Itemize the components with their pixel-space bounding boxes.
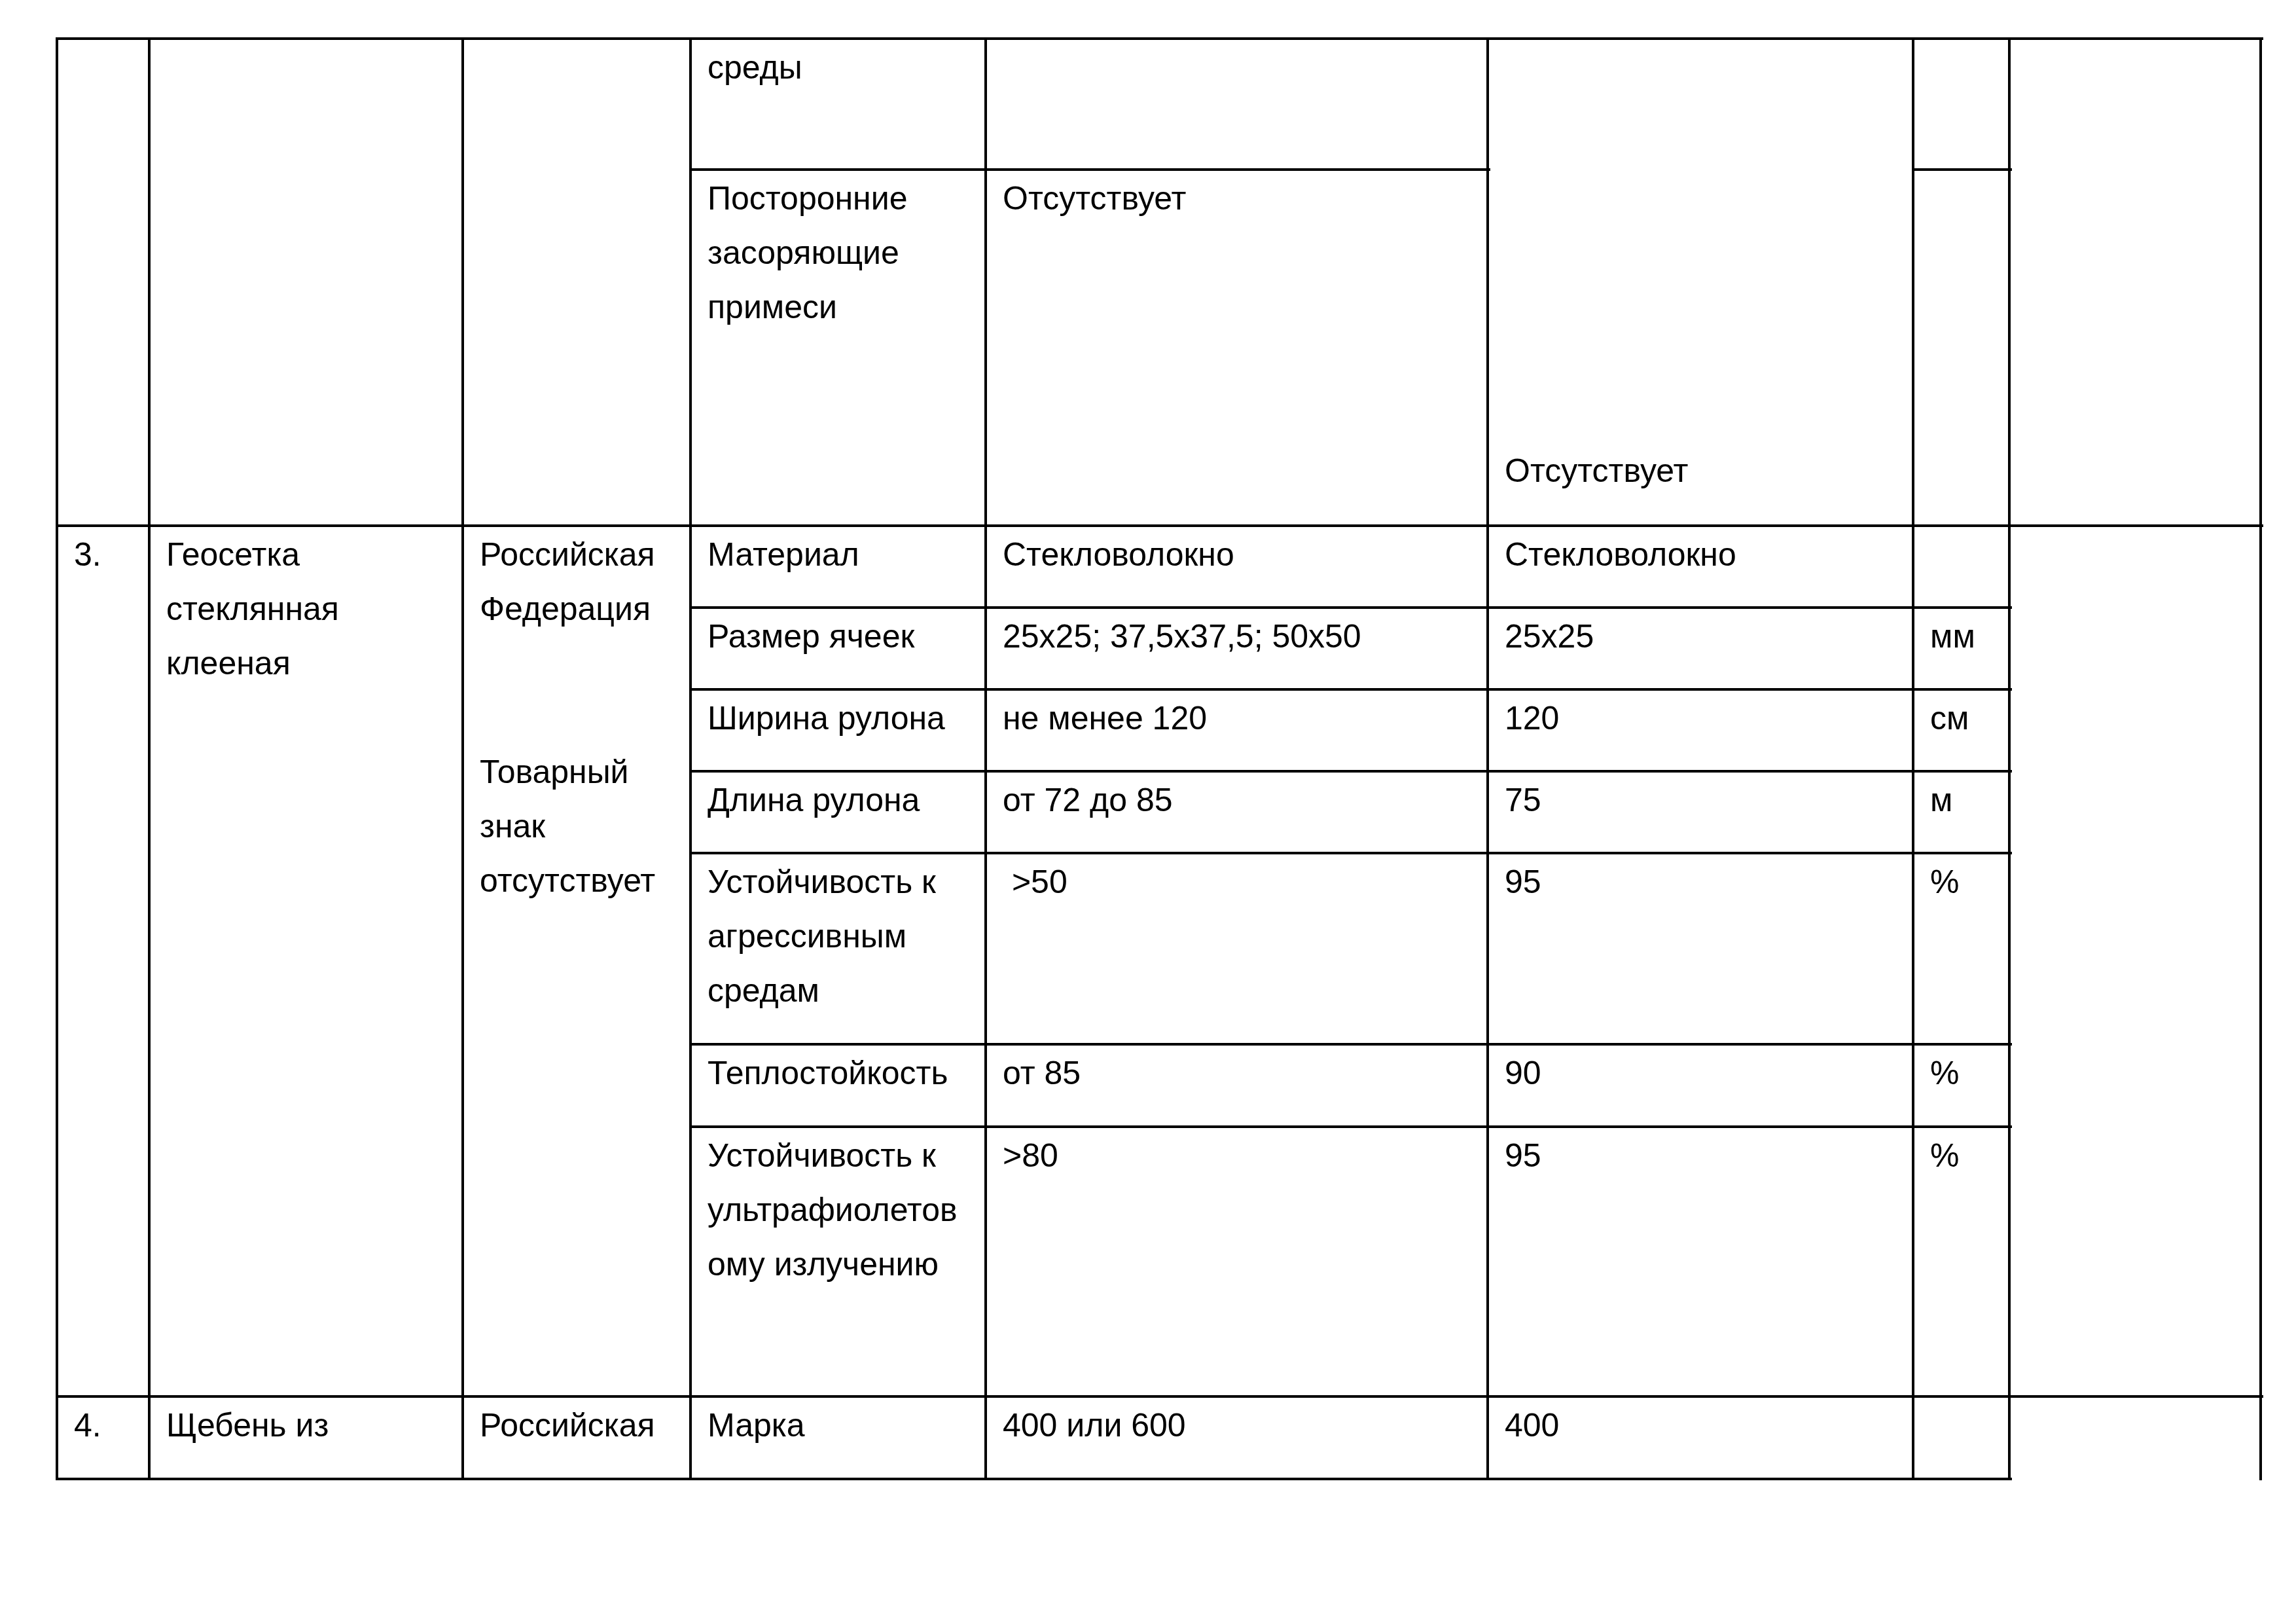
table-right-border bbox=[2259, 37, 2262, 1480]
cell-country-origin: Российская bbox=[463, 1398, 691, 1453]
row-divider bbox=[1913, 168, 2012, 171]
cell-unit: % bbox=[1913, 1046, 2009, 1101]
cell-requirement: >80 bbox=[986, 1129, 1488, 1183]
cell-parameter-name: Материал bbox=[691, 528, 986, 582]
row-divider bbox=[691, 852, 2012, 854]
table-top-border bbox=[57, 37, 2263, 40]
cell-offered-value: 120 bbox=[1488, 691, 1913, 746]
cell-parameter-name: Устойчивость к агрессивным средам bbox=[691, 855, 986, 1018]
row-divider bbox=[691, 1043, 2012, 1046]
cell-unit: см bbox=[1913, 691, 2009, 746]
cell-unit: % bbox=[1913, 855, 2009, 909]
cell-parameter-name: Ширина рулона bbox=[691, 691, 986, 746]
column-divider bbox=[148, 37, 151, 1480]
cell-row-number: 4. bbox=[57, 1398, 149, 1453]
cell-unit: м bbox=[1913, 773, 2009, 828]
cell-country-origin: Российская Федерация Товарный знак отсут… bbox=[463, 528, 691, 908]
column-divider bbox=[56, 37, 58, 1480]
cell-requirement: 400 или 600 bbox=[986, 1398, 1488, 1453]
cell-parameter-name: Длина рулона bbox=[691, 773, 986, 828]
cell-offered-value: Стекловолокно bbox=[1488, 528, 1913, 582]
cell-requirement: не менее 120 bbox=[986, 691, 1488, 746]
column-divider bbox=[1912, 37, 1914, 1480]
cell-parameter-name: Устойчивость к ультрафиолетов ому излуче… bbox=[691, 1129, 986, 1292]
cell-requirement: >50 bbox=[986, 855, 1488, 909]
row-divider bbox=[691, 770, 2012, 773]
cell-offered-value-impurities: Отсутствует bbox=[1488, 444, 1913, 498]
cell-parameter-foreign-impurities: Посторонние засоряющие примеси bbox=[691, 172, 986, 335]
row-divider bbox=[57, 524, 2263, 527]
cell-unit: мм bbox=[1913, 610, 2009, 664]
cell-requirement-foreign-impurities: Отсутствует bbox=[986, 172, 1488, 226]
column-divider bbox=[1486, 37, 1489, 1480]
cell-parameter-name: Размер ячеек bbox=[691, 610, 986, 664]
cell-offered-value: 25х25 bbox=[1488, 610, 1913, 664]
document-page: среды Посторонние засоряющие примеси Отс… bbox=[0, 0, 2296, 1623]
row-divider bbox=[691, 606, 2012, 609]
cell-parameter-continued: среды bbox=[691, 41, 986, 95]
cell-requirement: от 72 до 85 bbox=[986, 773, 1488, 828]
cell-parameter-name: Теплостойкость bbox=[691, 1046, 986, 1101]
row-divider bbox=[691, 1125, 2012, 1128]
cell-requirement: 25х25; 37,5х37,5; 50х50 bbox=[986, 610, 1488, 664]
cell-offered-value: 90 bbox=[1488, 1046, 1913, 1101]
row-divider bbox=[691, 688, 2012, 691]
cell-requirement: от 85 bbox=[986, 1046, 1488, 1101]
cell-product-name: Щебень из bbox=[149, 1398, 463, 1453]
column-divider bbox=[2008, 37, 2011, 1480]
cell-product-name: Геосетка стеклянная клееная bbox=[149, 528, 463, 691]
row-divider bbox=[691, 168, 1490, 171]
cell-row-number: 3. bbox=[57, 528, 149, 582]
cell-requirement: Стекловолокно bbox=[986, 528, 1488, 582]
row-divider bbox=[57, 1395, 2263, 1398]
cell-parameter-name: Марка bbox=[691, 1398, 986, 1453]
cell-offered-value: 95 bbox=[1488, 855, 1913, 909]
cell-offered-value: 400 bbox=[1488, 1398, 1913, 1453]
cell-offered-value: 95 bbox=[1488, 1129, 1913, 1183]
table-bottom-border bbox=[57, 1478, 2012, 1480]
cell-offered-value: 75 bbox=[1488, 773, 1913, 828]
cell-unit: % bbox=[1913, 1129, 2009, 1183]
